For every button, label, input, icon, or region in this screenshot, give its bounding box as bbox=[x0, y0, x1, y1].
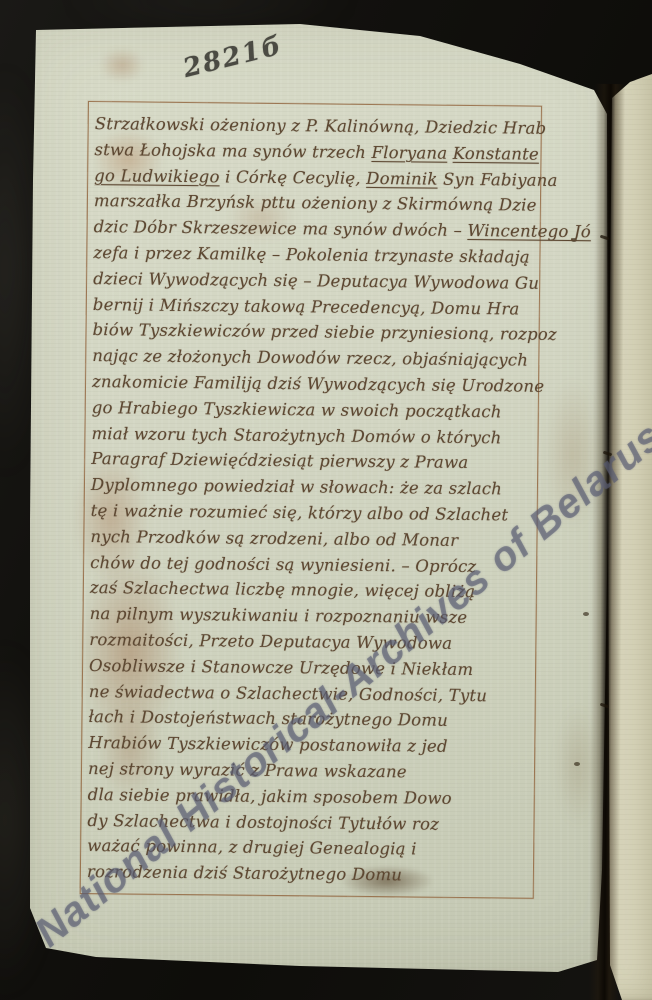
book-gutter bbox=[589, 84, 625, 1000]
archival-photo-scene: 2821б Strzałkowski ożeniony z P. Kalinów… bbox=[0, 0, 652, 1000]
